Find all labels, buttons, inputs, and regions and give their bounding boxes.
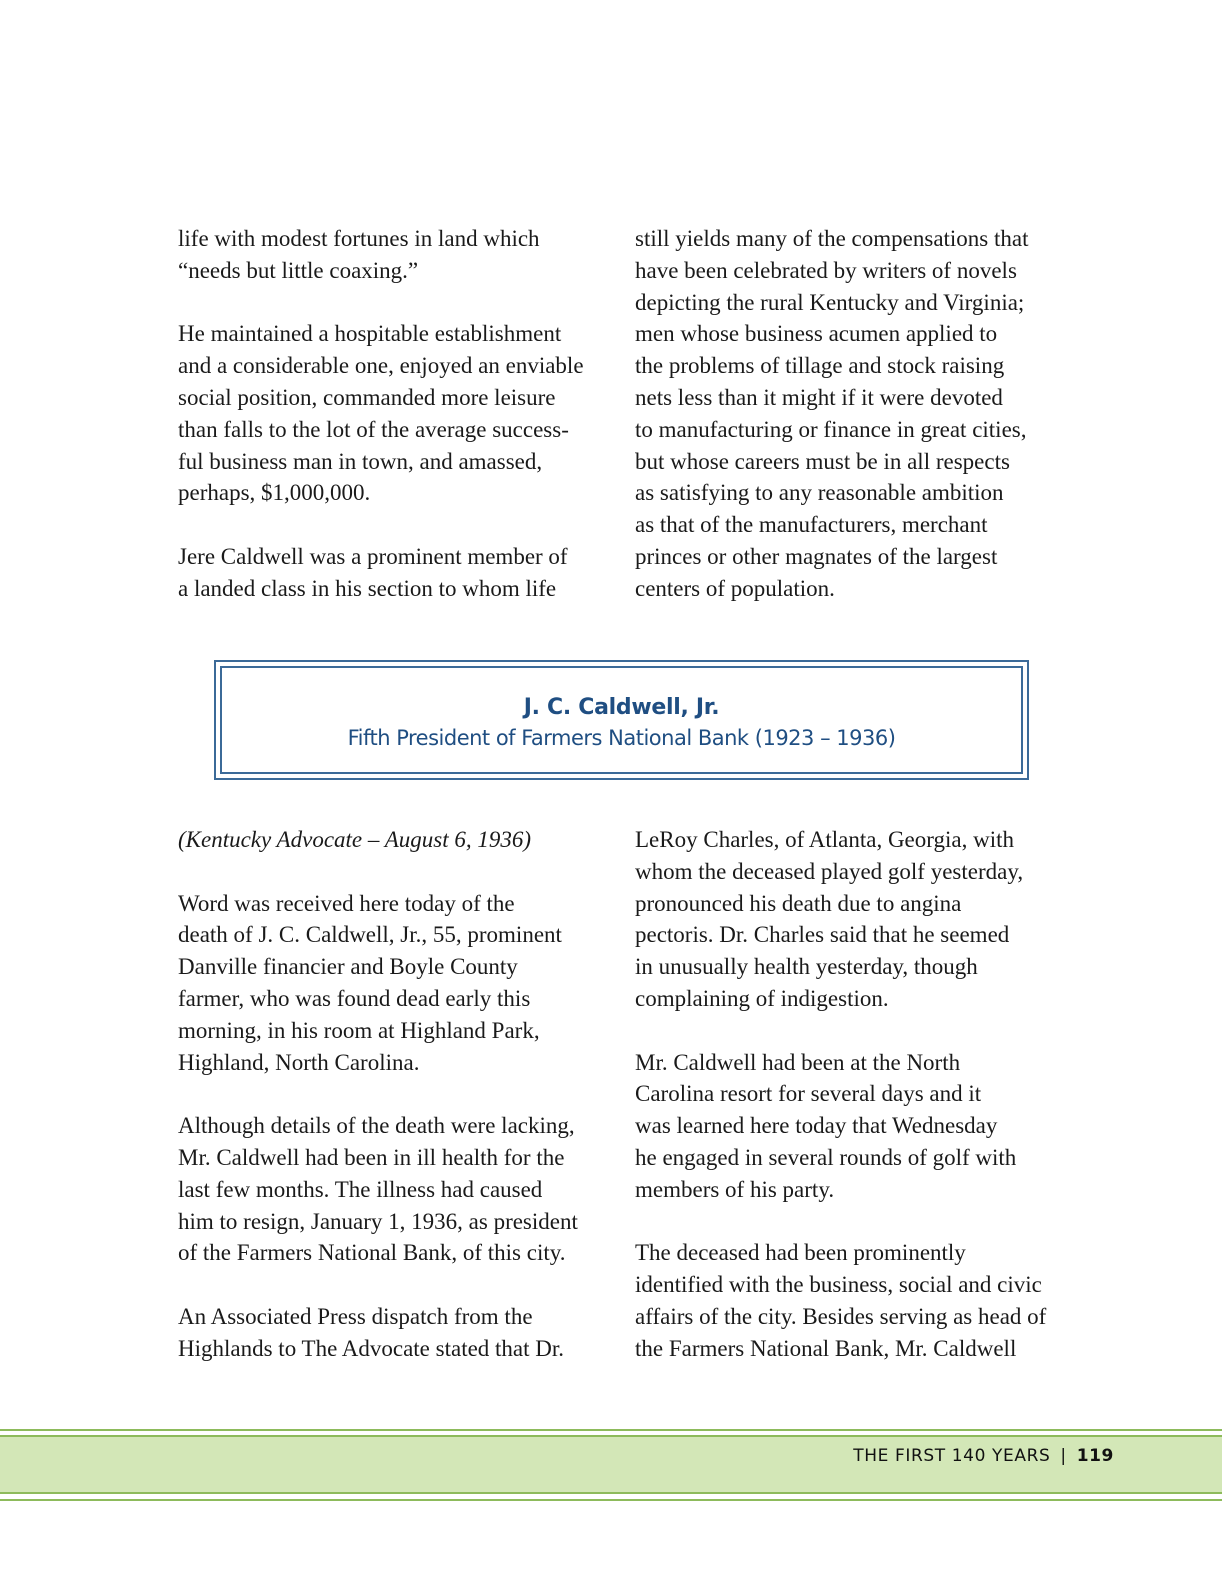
text-line: life with modest fortunes in land which [178,223,618,255]
footer-separator: | [1060,1444,1066,1468]
person-name-heading: J. C. Caldwell, Jr. [524,693,720,723]
title-box-inner: J. C. Caldwell, Jr. Fifth President of F… [220,666,1023,774]
paragraph-gap [178,287,618,319]
text-line: whom the deceased played golf yesterday, [635,856,1085,888]
text-line: last few months. The illness had caused [178,1174,618,1206]
text-line: as that of the manufacturers, merchant [635,509,1085,541]
text-line: pectoris. Dr. Charles said that he seeme… [635,919,1085,951]
paragraph-gap [178,509,618,541]
text-line: Mr. Caldwell had been at the North [635,1047,1085,1079]
text-line: Mr. Caldwell had been in ill health for … [178,1142,618,1174]
footer-rule-top [0,1429,1222,1431]
text-line: Highlands to The Advocate stated that Dr… [178,1333,618,1365]
book-title: THE FIRST 140 YEARS [853,1444,1050,1468]
text-line: identified with the business, social and… [635,1269,1085,1301]
text-line: He maintained a hospitable establishment [178,318,618,350]
text-line: Highland, North Carolina. [178,1047,618,1079]
text-line: LeRoy Charles, of Atlanta, Georgia, with [635,824,1085,856]
text-line: still yields many of the compensations t… [635,223,1085,255]
text-line: complaining of indigestion. [635,983,1085,1015]
text-line: princes or other magnates of the largest [635,541,1085,573]
text-line: was learned here today that Wednesday [635,1110,1085,1142]
footer-rule-lower [0,1492,1222,1494]
text-line: as satisfying to any reasonable ambition [635,477,1085,509]
text-line: morning, in his room at Highland Park, [178,1015,618,1047]
bottom-right-column: LeRoy Charles, of Atlanta, Georgia, with… [635,824,1085,1365]
text-line: social position, commanded more leisure [178,382,618,414]
text-line: perhaps, $1,000,000. [178,477,618,509]
text-line: but whose careers must be in all respect… [635,446,1085,478]
text-line: depicting the rural Kentucky and Virgini… [635,287,1085,319]
top-right-column: still yields many of the compensations t… [635,223,1085,605]
text-line: “needs but little coaxing.” [178,255,618,287]
text-line: a landed class in his section to whom li… [178,573,618,605]
text-line: affairs of the city. Besides serving as … [635,1301,1085,1333]
source-citation: (Kentucky Advocate – August 6, 1936) [178,824,618,856]
text-line: An Associated Press dispatch from the [178,1301,618,1333]
text-line: The deceased had been prominently [635,1237,1085,1269]
text-line: Carolina resort for several days and it [635,1078,1085,1110]
text-line: nets less than it might if it were devot… [635,382,1085,414]
text-line: to manufacturing or finance in great cit… [635,414,1085,446]
text-line: have been celebrated by writers of novel… [635,255,1085,287]
text-line: centers of population. [635,573,1085,605]
person-role-subtitle: Fifth President of Farmers National Bank… [348,723,896,753]
text-line: in unusually health yesterday, though [635,951,1085,983]
text-line: him to resign, January 1, 1936, as presi… [178,1206,618,1238]
text-line: men whose business acumen applied to [635,318,1085,350]
text-line: ful business man in town, and amassed, [178,446,618,478]
page-number: 119 [1077,1444,1114,1468]
bottom-left-column: (Kentucky Advocate – August 6, 1936) Wor… [178,824,618,1365]
text-line: the Farmers National Bank, Mr. Caldwell [635,1333,1085,1365]
text-line: and a considerable one, enjoyed an envia… [178,350,618,382]
footer-rule-bottom [0,1499,1222,1501]
text-line: Jere Caldwell was a prominent member of [178,541,618,573]
text-line: death of J. C. Caldwell, Jr., 55, promin… [178,919,618,951]
text-line: Word was received here today of the [178,888,618,920]
paragraph-gap [635,1206,1085,1238]
text-line: pronounced his death due to angina [635,888,1085,920]
title-box: J. C. Caldwell, Jr. Fifth President of F… [214,660,1029,780]
text-line: farmer, who was found dead early this [178,983,618,1015]
paragraph-gap [178,1269,618,1301]
text-line: Danville financier and Boyle County [178,951,618,983]
paragraph-gap [635,1015,1085,1047]
text-line: than falls to the lot of the average suc… [178,414,618,446]
text-line: members of his party. [635,1174,1085,1206]
top-left-column: life with modest fortunes in land which“… [178,223,618,605]
text-line: Although details of the death were lacki… [178,1110,618,1142]
text-line: the problems of tillage and stock raisin… [635,350,1085,382]
running-footer: THE FIRST 140 YEARS | 119 [853,1444,1114,1468]
text-line: of the Farmers National Bank, of this ci… [178,1237,618,1269]
paragraph-gap [178,1078,618,1110]
text-line: he engaged in several rounds of golf wit… [635,1142,1085,1174]
